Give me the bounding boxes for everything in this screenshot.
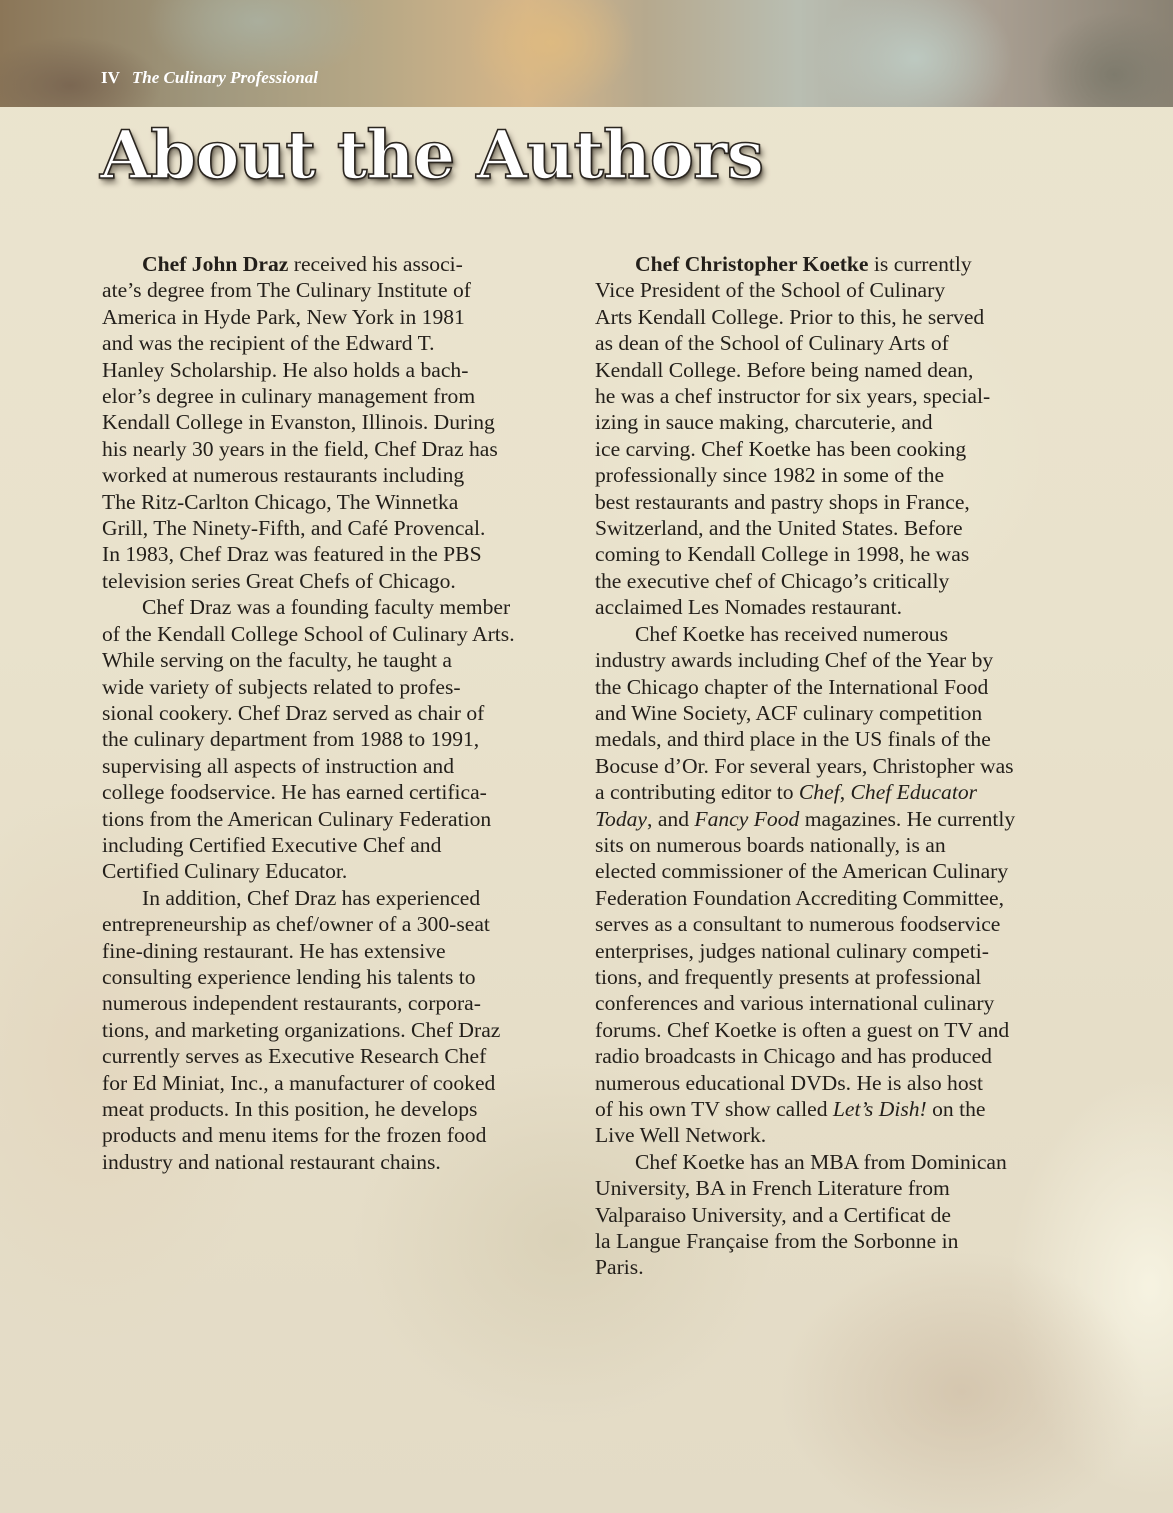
running-head: IVThe Culinary Professional xyxy=(101,68,318,88)
text-line: ice carving. Chef Koetke has been cookin… xyxy=(595,436,1065,462)
text-line: Vice President of the School of Culinary xyxy=(595,277,1065,303)
page-title: About the Authors xyxy=(100,122,763,188)
bio-paragraph-koetke-3: Chef Koetke has an MBA from Dominican Un… xyxy=(595,1149,1065,1281)
text-line: enterprises, judges national culinary co… xyxy=(595,938,1065,964)
bio-paragraph-koetke-1: Chef Christopher Koetke is currently Vic… xyxy=(595,251,1065,621)
text-line: coming to Kendall College in 1998, he wa… xyxy=(595,541,1065,567)
text-line: entrepreneurship as chef/owner of a 300-… xyxy=(102,911,572,937)
text-line: Chef Koetke has an MBA from Dominican xyxy=(595,1149,1065,1175)
text-line: Valparaiso University, and a Certificat … xyxy=(595,1202,1065,1228)
text-line: Grill, The Ninety-Fifth, and Café Proven… xyxy=(102,515,572,541)
text-line: numerous educational DVDs. He is also ho… xyxy=(595,1070,1065,1096)
text-line: ate’s degree from The Culinary Institute… xyxy=(102,277,572,303)
text-line: Hanley Scholarship. He also holds a bach… xyxy=(102,357,572,383)
bio-paragraph-draz-1: Chef John Draz received his associ- ate’… xyxy=(102,251,572,594)
right-column: Chef Christopher Koetke is currently Vic… xyxy=(595,251,1065,1281)
text-line: wide variety of subjects related to prof… xyxy=(102,674,572,700)
text-line: fine-dining restaurant. He has extensive xyxy=(102,938,572,964)
text-line: Certified Culinary Educator. xyxy=(102,858,572,884)
text-line: Switzerland, and the United States. Befo… xyxy=(595,515,1065,541)
text-line: meat products. In this position, he deve… xyxy=(102,1096,572,1122)
magazine-title: Fancy Food xyxy=(694,807,799,831)
bio-paragraph-koetke-2: Chef Koetke has received numerous indust… xyxy=(595,621,1065,1149)
bio-paragraph-draz-3: In addition, Chef Draz has experienced e… xyxy=(102,885,572,1175)
text-line: consulting experience lending his talent… xyxy=(102,964,572,990)
text-line: Chef Draz was a founding faculty member xyxy=(102,594,572,620)
text-line: industry and national restaurant chains. xyxy=(102,1149,572,1175)
text-line: University, BA in French Literature from xyxy=(595,1175,1065,1201)
text-line: tions from the American Culinary Federat… xyxy=(102,806,572,832)
text-line: numerous independent restaurants, corpor… xyxy=(102,990,572,1016)
bio-paragraph-draz-2: Chef Draz was a founding faculty member … xyxy=(102,594,572,884)
text-line: Federation Foundation Accrediting Commit… xyxy=(595,885,1065,911)
book-title: The Culinary Professional xyxy=(132,68,318,87)
text-line: Chef John Draz received his associ- xyxy=(102,251,572,277)
magazine-title: Chef xyxy=(799,780,840,804)
text-line: and was the recipient of the Edward T. xyxy=(102,330,572,356)
text-line: tions, and frequently presents at profes… xyxy=(595,964,1065,990)
text-line: industry awards including Chef of the Ye… xyxy=(595,647,1065,673)
text-line: and Wine Society, ACF culinary competiti… xyxy=(595,700,1065,726)
text-line: college foodservice. He has earned certi… xyxy=(102,779,572,805)
text-line: In addition, Chef Draz has experienced xyxy=(102,885,572,911)
text-line: currently serves as Executive Research C… xyxy=(102,1043,572,1069)
text-line: best restaurants and pastry shops in Fra… xyxy=(595,489,1065,515)
text-line: Paris. xyxy=(595,1254,1065,1280)
text-line: la Langue Française from the Sorbonne in xyxy=(595,1228,1065,1254)
magazine-title: Today xyxy=(595,807,647,831)
text-line: a contributing editor to Chef, Chef Educ… xyxy=(595,779,1065,805)
text-line: Today, and Fancy Food magazines. He curr… xyxy=(595,806,1065,832)
text-line: The Ritz-Carlton Chicago, The Winnetka xyxy=(102,489,572,515)
text-line: conferences and various international cu… xyxy=(595,990,1065,1016)
page-folio: IV xyxy=(101,68,120,87)
text-line: the Chicago chapter of the International… xyxy=(595,674,1065,700)
author-name-koetke: Chef Christopher Koetke xyxy=(635,252,869,276)
text-line: products and menu items for the frozen f… xyxy=(102,1122,572,1148)
text-line: his nearly 30 years in the field, Chef D… xyxy=(102,436,572,462)
left-column: Chef John Draz received his associ- ate’… xyxy=(102,251,572,1175)
text-line: of the Kendall College School of Culinar… xyxy=(102,621,572,647)
magazine-title: Chef Educator xyxy=(851,780,978,804)
text-line: While serving on the faculty, he taught … xyxy=(102,647,572,673)
text-line: elor’s degree in culinary management fro… xyxy=(102,383,572,409)
text-line: as dean of the School of Culinary Arts o… xyxy=(595,330,1065,356)
text-line: the culinary department from 1988 to 199… xyxy=(102,726,572,752)
text-line: serves as a consultant to numerous foods… xyxy=(595,911,1065,937)
text-line: including Certified Executive Chef and xyxy=(102,832,572,858)
text-line: Kendall College. Before being named dean… xyxy=(595,357,1065,383)
text-line: izing in sauce making, charcuterie, and xyxy=(595,409,1065,435)
text-line: tions, and marketing organizations. Chef… xyxy=(102,1017,572,1043)
header-band: IVThe Culinary Professional xyxy=(0,0,1173,107)
text-line: the executive chef of Chicago’s critical… xyxy=(595,568,1065,594)
text-line: America in Hyde Park, New York in 1981 xyxy=(102,304,572,330)
text-line: Bocuse d’Or. For several years, Christop… xyxy=(595,753,1065,779)
text-line: for Ed Miniat, Inc., a manufacturer of c… xyxy=(102,1070,572,1096)
text-line: medals, and third place in the US finals… xyxy=(595,726,1065,752)
text-line: he was a chef instructor for six years, … xyxy=(595,383,1065,409)
text-line: acclaimed Les Nomades restaurant. xyxy=(595,594,1065,620)
text-line: forums. Chef Koetke is often a guest on … xyxy=(595,1017,1065,1043)
text-line: Chef Christopher Koetke is currently xyxy=(595,251,1065,277)
text-line: television series Great Chefs of Chicago… xyxy=(102,568,572,594)
text-line: of his own TV show called Let’s Dish! on… xyxy=(595,1096,1065,1122)
text-line: supervising all aspects of instruction a… xyxy=(102,753,572,779)
text-line: Arts Kendall College. Prior to this, he … xyxy=(595,304,1065,330)
text-line: professionally since 1982 in some of the xyxy=(595,462,1065,488)
text-line: radio broadcasts in Chicago and has prod… xyxy=(595,1043,1065,1069)
text-line: sits on numerous boards nationally, is a… xyxy=(595,832,1065,858)
text-line: worked at numerous restaurants including xyxy=(102,462,572,488)
text-line: Live Well Network. xyxy=(595,1122,1065,1148)
text-line: Chef Koetke has received numerous xyxy=(595,621,1065,647)
author-name-draz: Chef John Draz xyxy=(142,252,288,276)
text-line: In 1983, Chef Draz was featured in the P… xyxy=(102,541,572,567)
tv-show-title: Let’s Dish! xyxy=(833,1097,927,1121)
text-line: elected commissioner of the American Cul… xyxy=(595,858,1065,884)
text-line: sional cookery. Chef Draz served as chai… xyxy=(102,700,572,726)
text-line: Kendall College in Evanston, Illinois. D… xyxy=(102,409,572,435)
